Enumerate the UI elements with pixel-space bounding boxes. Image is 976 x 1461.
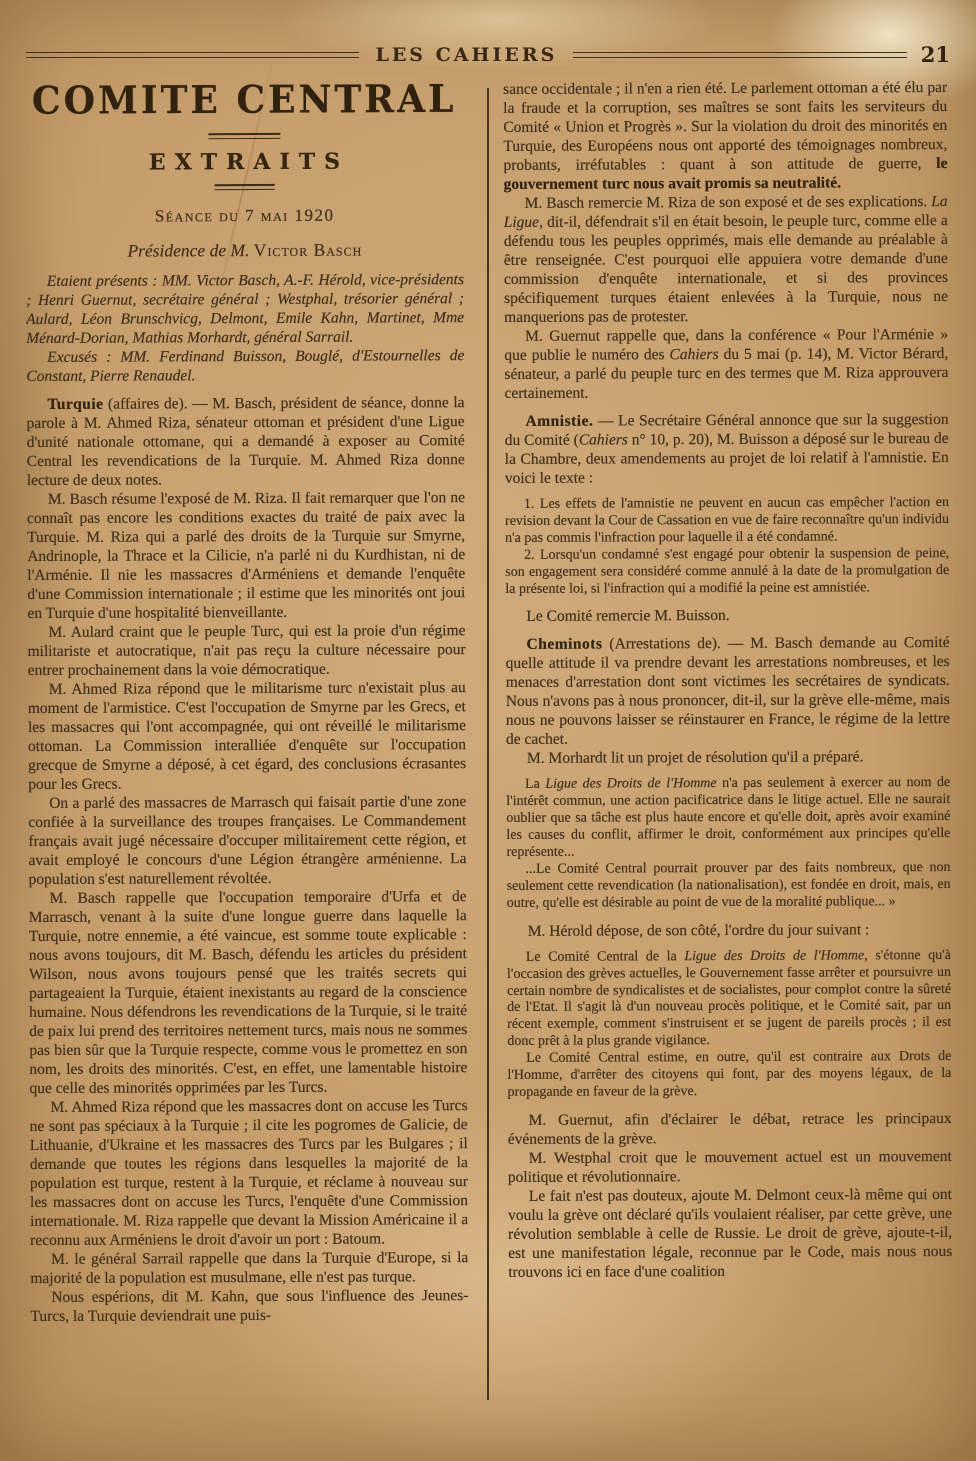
- paragraph-morhardt: M. Morhardt lit un projet de résolution …: [506, 747, 950, 768]
- page-header: LES CAHIERS 21: [0, 42, 976, 67]
- italic-ligue-droits: Ligue des Droits de l'Homme: [545, 776, 716, 792]
- italic-cahiers: Cahiers: [669, 346, 718, 363]
- presidence-line: Présidence de M. Victor Basch: [26, 239, 464, 262]
- paragraph-basch-rappelle: M. Basch rappelle que l'occupation tempo…: [29, 887, 468, 1098]
- topic-label-amnistie: Amnistie.: [525, 413, 593, 430]
- page-number: 21: [921, 42, 950, 67]
- paragraph-marrasch: On a parlé des massacres de Marrasch qui…: [28, 792, 466, 889]
- ordre-du-jour-2: Le Comité Central estime, en outre, qu'i…: [507, 1049, 951, 1102]
- paragraph-delmont: Le fait n'est pas douteux, ajoute M. Del…: [508, 1185, 952, 1282]
- masthead-rule-right: [573, 52, 906, 58]
- attendance-excused: Excusés : MM. Ferdinand Buisson, Bouglé,…: [26, 346, 464, 386]
- session-date: Séance du 7 mai 1920: [26, 205, 464, 227]
- subtitle-rule: [215, 184, 275, 190]
- paragraph-text: La: [525, 777, 545, 792]
- paragraph-cheminots: Cheminots (Arrestations de). — M. Basch …: [506, 633, 950, 749]
- paragraph-kahn: Nous espérions, dit M. Kahn, que sous l'…: [30, 1286, 468, 1326]
- paragraph-remercie-buisson: Le Comité remercie M. Buisson.: [505, 605, 949, 626]
- masthead-rule-left: [26, 52, 359, 58]
- amendment-1: 1. Les effets de l'amnistie ne peuvent e…: [505, 495, 949, 548]
- ordre-du-jour-1: Le Comité Central de la Ligue des Droits…: [507, 948, 951, 1051]
- paragraph-text: sance occidentale ; il n'en a rien été. …: [503, 79, 947, 174]
- title-rule: [208, 132, 280, 138]
- scanned-page: LES CAHIERS 21 COMITE CENTRAL EXTRAITS S…: [0, 0, 976, 1461]
- paragraph-turquie: Turquie (affaires de). — M. Basch, prési…: [26, 393, 464, 490]
- article-title: COMITE CENTRAL: [25, 80, 463, 123]
- resolution-quote-2: ...Le Comité Central pourrait prouver pa…: [507, 860, 951, 913]
- topic-label-cheminots: Cheminots: [526, 636, 602, 653]
- paragraph-basch-remercie: M. Basch remercie M. Riza de son exposé …: [504, 192, 949, 327]
- presidence-prefix: Présidence de M.: [127, 240, 253, 261]
- paragraph-westphal: M. Westphal croit que le mouvement actue…: [508, 1147, 952, 1187]
- right-column: sance occidentale ; il n'en a rien été. …: [503, 78, 953, 1404]
- italic-ligue-droits: Ligue des Droits de l'Homme: [684, 948, 864, 964]
- paragraph-text: Le Comité Central de la: [526, 949, 685, 965]
- italic-cahiers: Cahiers: [579, 431, 628, 448]
- paragraph-guernut-greve: M. Guernut, afin d'éclairer le débat, re…: [508, 1109, 952, 1149]
- paragraph-text: M. Basch remercie M. Riza de son exposé …: [525, 193, 932, 212]
- paragraph-aulard: M. Aulard craint que le peuple Turc, qui…: [27, 621, 465, 680]
- paragraph-basch-resume: M. Basch résume l'exposé de M. Riza. Il …: [27, 488, 466, 623]
- columns: COMITE CENTRAL EXTRAITS Séance du 7 mai …: [25, 78, 953, 1412]
- paragraph-guernut-armenie: M. Guernut rappelle que, dans la confére…: [504, 325, 948, 403]
- paragraph-text: , dit-il, défendrait s'il en était besoi…: [504, 212, 948, 326]
- resolution-quote-1: La Ligue des Droits de l'Homme n'a pas s…: [506, 775, 950, 861]
- amendment-2: 2. Lorsqu'un condamné s'est engagé pour …: [505, 546, 949, 599]
- masthead-title: LES CAHIERS: [375, 44, 557, 66]
- left-column: COMITE CENTRAL EXTRAITS Séance du 7 mai …: [25, 80, 469, 1412]
- paragraph-herold: M. Hérold dépose, de son côté, l'ordre d…: [507, 920, 951, 941]
- paragraph-riza-massacres: M. Ahmed Riza répond que les massacres d…: [30, 1096, 469, 1250]
- topic-label-turquie: Turquie: [47, 395, 103, 412]
- attendance-present: Etaient présents : MM. Victor Basch, A.-…: [26, 270, 464, 348]
- presidence-name: Victor Basch: [254, 239, 363, 259]
- paragraph-riza-repond: M. Ahmed Riza répond que le militarisme …: [28, 678, 467, 794]
- paragraph-sarrail: M. le général Sarrail rappelle que dans …: [30, 1248, 468, 1288]
- paragraph-continuation: sance occidentale ; il n'en a rien été. …: [503, 78, 947, 194]
- paragraph-amnistie: Amnistie. — Le Secrétaire Général annonc…: [505, 410, 949, 488]
- article-subtitle: EXTRAITS: [25, 148, 463, 176]
